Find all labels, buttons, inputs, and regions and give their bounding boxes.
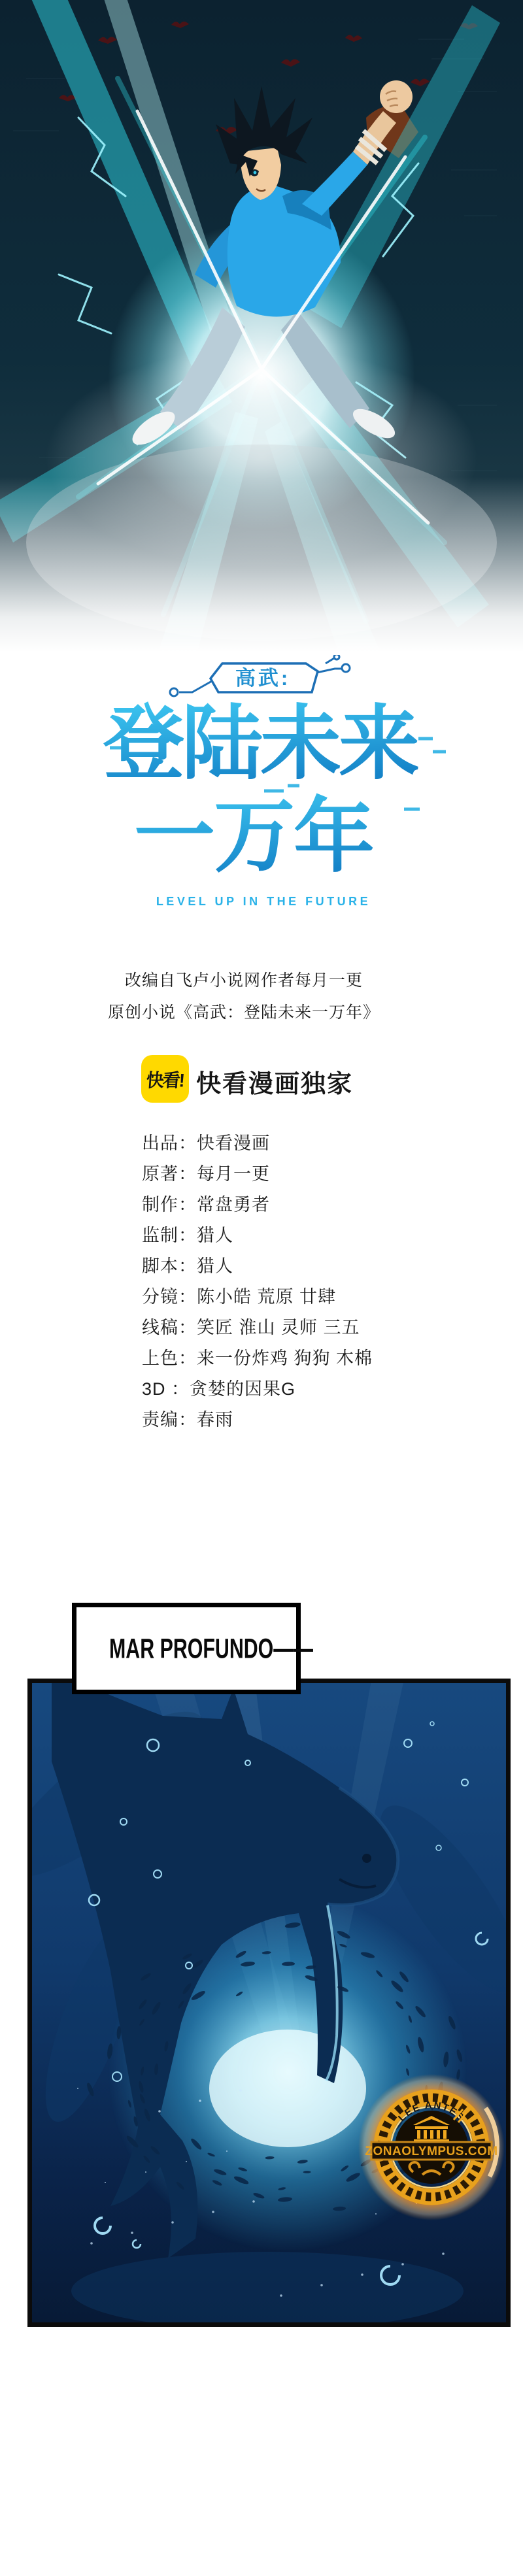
credit-line: 责编：春雨 <box>142 1405 373 1435</box>
watermark-site-label: ZONAOLYMPUS.COM <box>365 2145 498 2158</box>
speech-bubble: MAR PROFUNDO—— <box>72 1603 301 1694</box>
credit-line: 制作：常盘勇者 <box>142 1190 373 1220</box>
watermark-seal: LEE ANTES ZONAOLYMPUS.COM <box>358 2074 505 2220</box>
series-badge-label: 高武: <box>235 667 290 690</box>
credit-line: 线稿：笑匠 淮山 灵师 三五 <box>142 1313 373 1343</box>
credit-line: 原著：每月一更 <box>142 1159 373 1190</box>
comic-page: 高武: 登陆未来 一万年 LEVEL UP IN THE FUTURE 改编自飞… <box>0 0 523 2576</box>
adaptation-line1: 改编自飞卢小说网作者每月一更 <box>0 965 488 997</box>
credit-line: 3D ：贪婪的因果G <box>142 1374 373 1405</box>
adaptation-note: 改编自飞卢小说网作者每月一更 原创小说《高武：登陆未来一万年》 <box>0 965 488 1029</box>
cover-art <box>0 0 523 657</box>
credits-list: 出品：快看漫画 原著：每月一更 制作：常盘勇者 监制：猎人 脚本：猎人 分镜：陈… <box>142 1128 373 1435</box>
series-logo: 高武: 登陆未来 一万年 LEVEL UP IN THE FUTURE <box>0 655 523 914</box>
credit-line: 上色：来一份炸鸡 狗狗 木棉 <box>142 1343 373 1374</box>
credit-line: 监制：猎人 <box>142 1220 373 1251</box>
series-subtitle: LEVEL UP IN THE FUTURE <box>156 895 371 908</box>
comic-panel-underwater: LEE ANTES ZONAOLYMPUS.COM <box>27 1679 511 2327</box>
abyss-glow-core <box>209 2030 366 2147</box>
credit-line: 脚本：猎人 <box>142 1251 373 1282</box>
series-title-line2: 一万年 <box>134 792 373 882</box>
exclusive-label: 快看漫画独家 <box>196 1063 353 1099</box>
kuaikan-logo-text: 快看! <box>146 1065 185 1092</box>
speech-bubble-text: MAR PROFUNDO—— <box>109 1632 313 1664</box>
adaptation-line2: 原创小说《高武：登陆未来一万年》 <box>0 997 488 1029</box>
series-title-line1: 登陆未来 <box>103 699 418 789</box>
cover-fade-gradient <box>0 477 523 658</box>
credit-line: 出品：快看漫画 <box>142 1128 373 1159</box>
underwater-scene: LEE ANTES ZONAOLYMPUS.COM <box>32 1683 506 2322</box>
credit-line: 分镜：陈小皓 荒原 廿肆 <box>142 1282 373 1313</box>
kuaikan-logo-icon: 快看! <box>141 1055 189 1103</box>
